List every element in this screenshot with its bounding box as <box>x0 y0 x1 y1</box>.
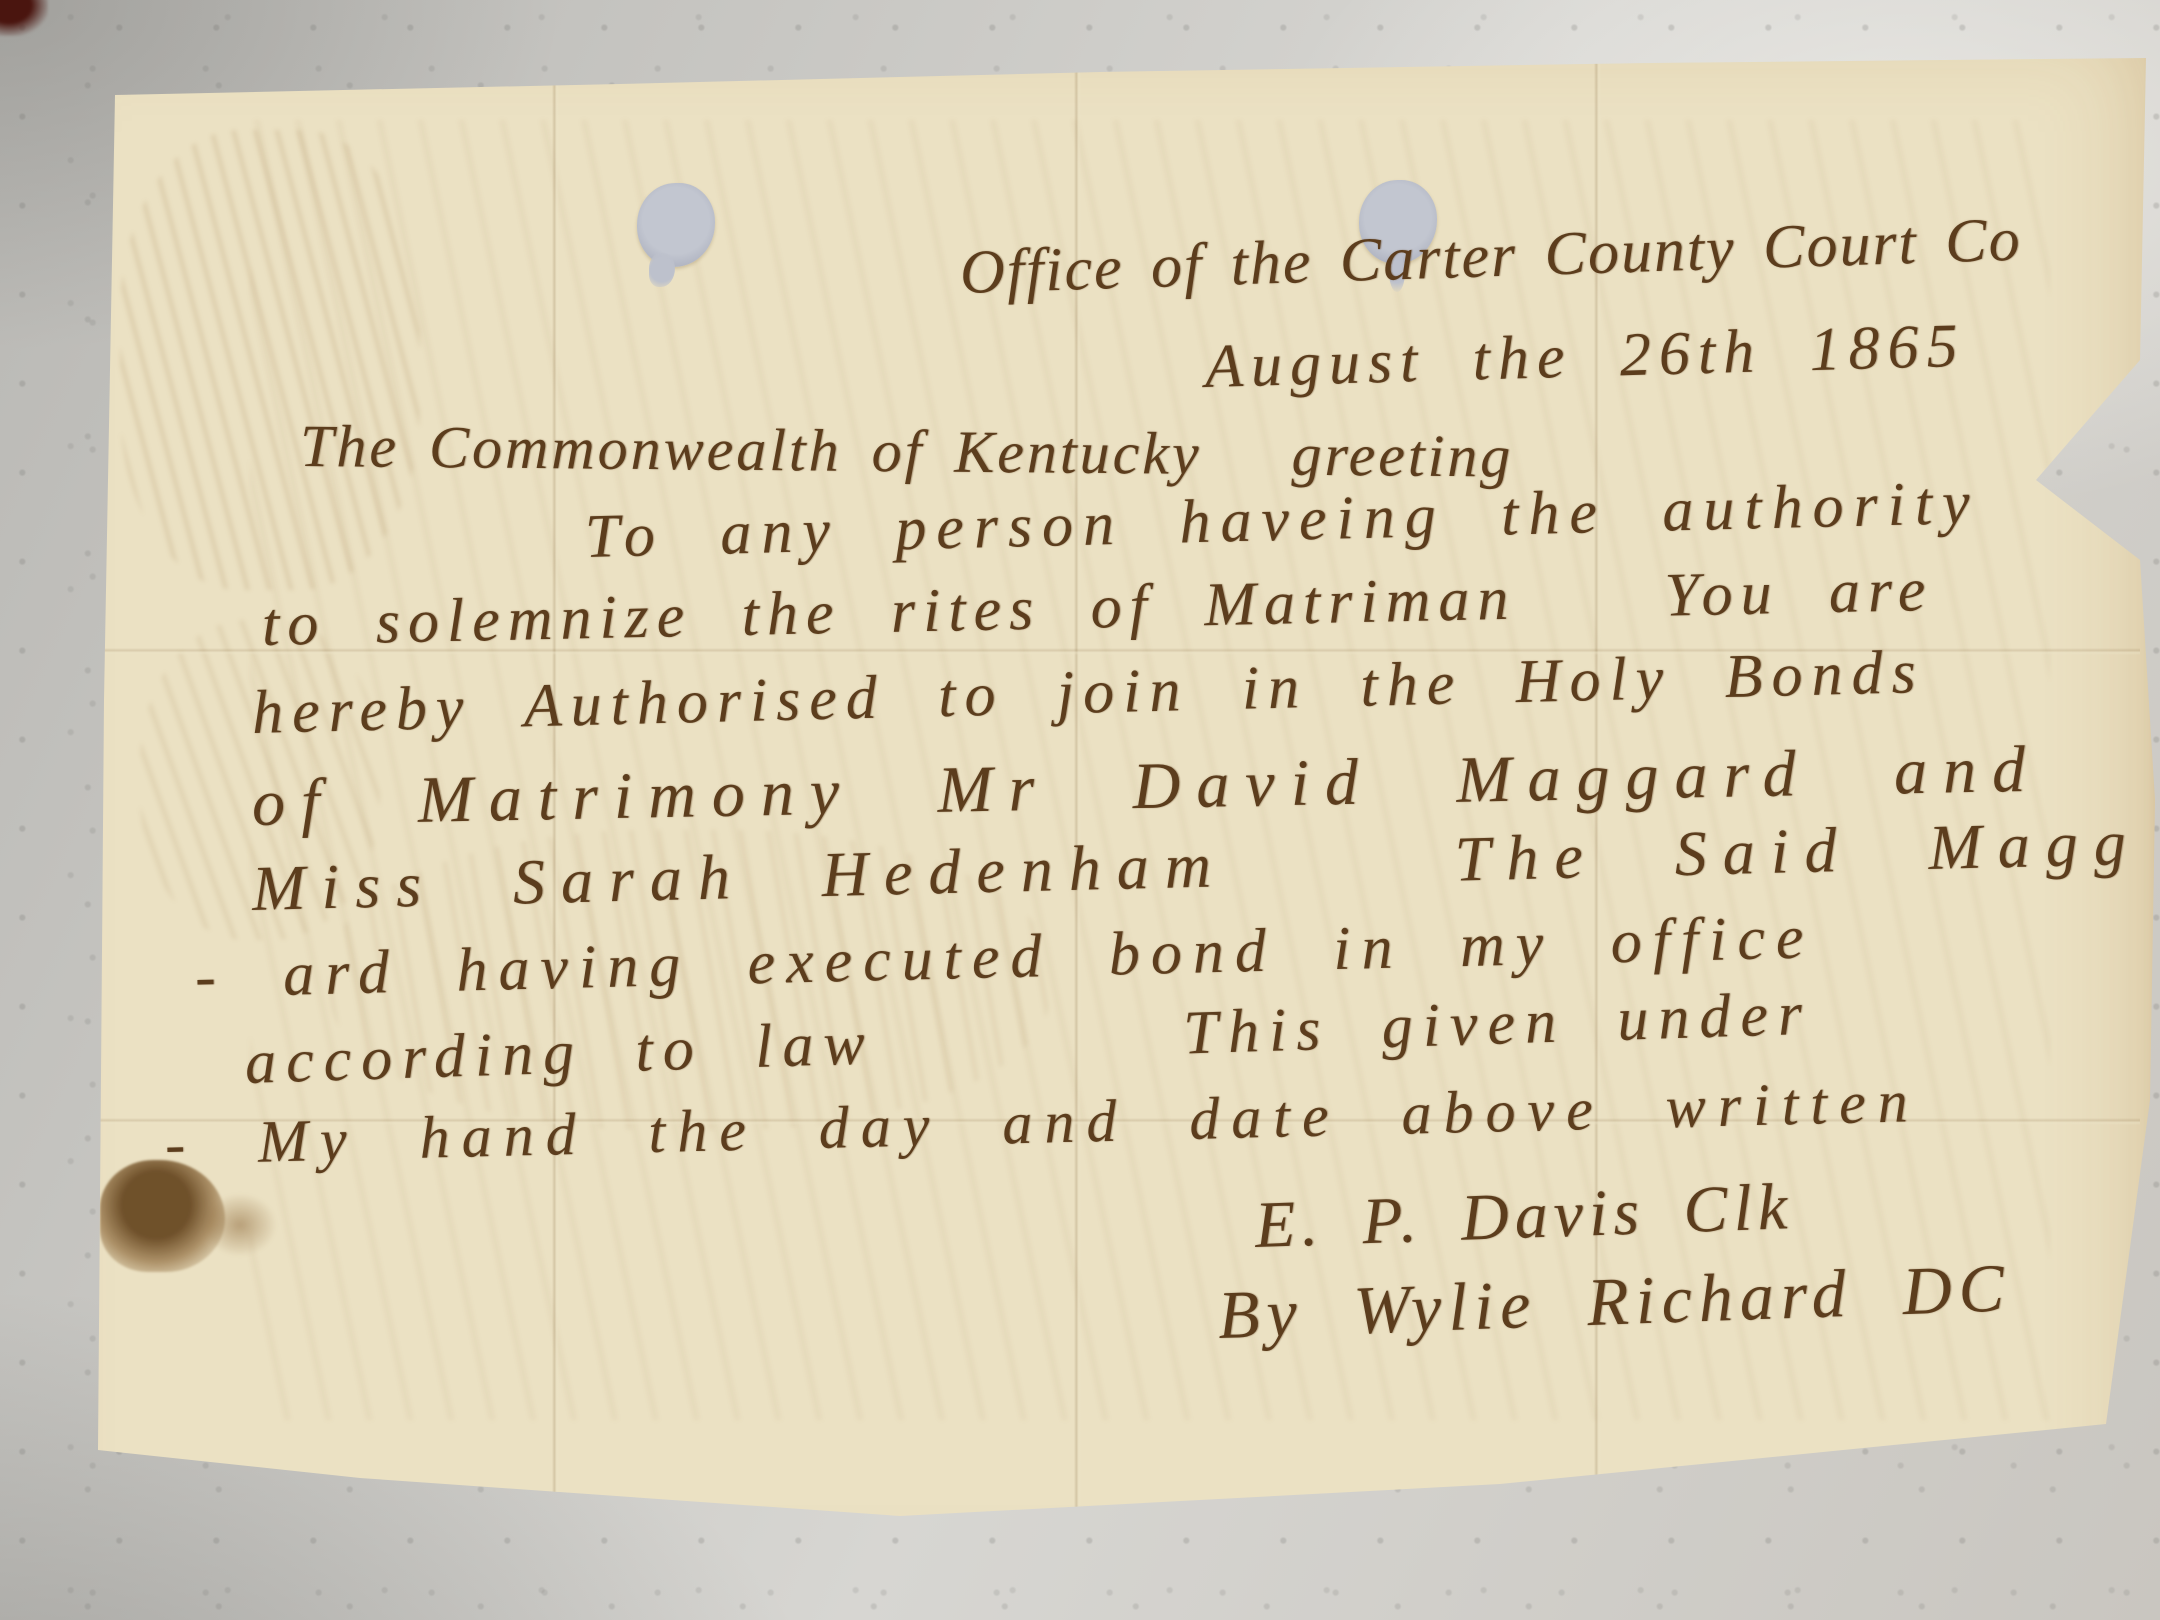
signature-clerk: E. P. Davis Clk <box>1254 1169 1795 1264</box>
signature-deputy-clerk: By Wylie Richard DC <box>1217 1248 2013 1355</box>
bleedthrough-mark <box>120 130 420 590</box>
hole-punch-left <box>637 183 715 267</box>
document-paper: Office of the Carter County Court Co Aug… <box>0 0 2160 1620</box>
ink-blot-faint <box>205 1195 275 1255</box>
handwriting-line-date: August the 26th 1865 <box>1204 311 1966 403</box>
handwriting-line-commonwealth: The Commonwealth of Kentucky greeting <box>300 412 1514 492</box>
photo-corner-artifact <box>0 0 48 36</box>
handwriting-line-office-header: Office of the Carter County Court Co <box>959 205 2023 309</box>
photo-background: Office of the Carter County Court Co Aug… <box>0 0 2160 1620</box>
